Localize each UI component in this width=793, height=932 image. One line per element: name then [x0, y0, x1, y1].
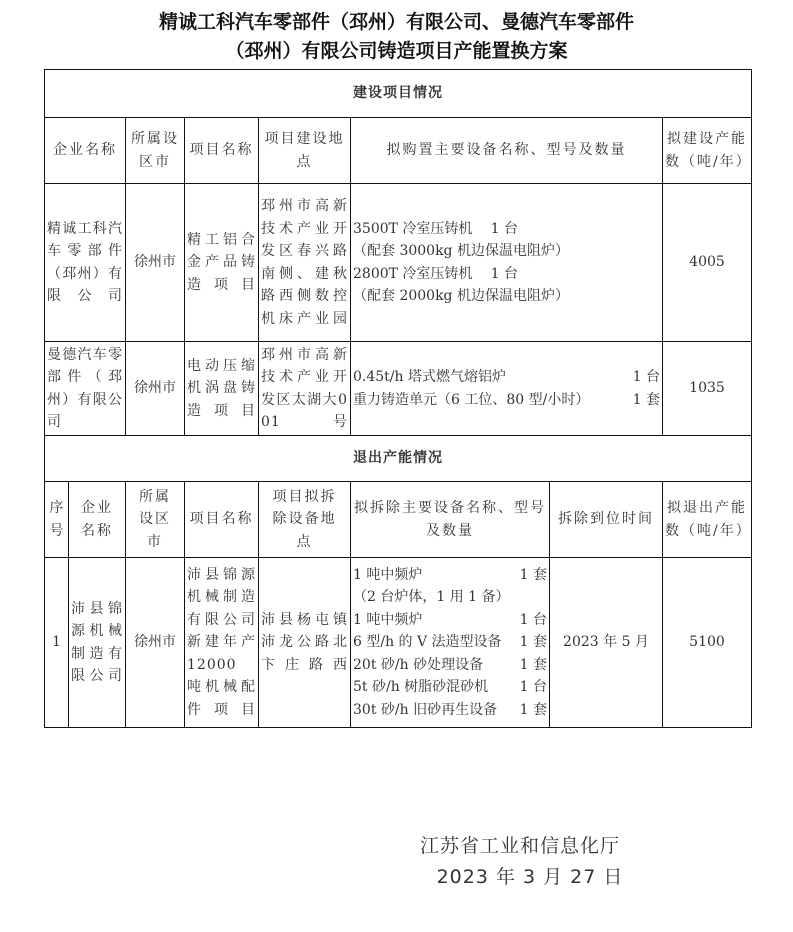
issuer: 江苏省工业和信息化厅 [380, 831, 660, 858]
title-line-2: （邳州）有限公司铸造项目产能置换方案 [0, 37, 793, 66]
city: 徐州市 [126, 558, 185, 728]
header-project: 项目名称 [185, 482, 259, 558]
seq-number: 1 [45, 558, 69, 728]
header-capacity: 拟建设产能数（吨/年） [663, 118, 752, 184]
capacity-value: 1035 [663, 342, 752, 436]
city: 徐州市 [126, 184, 185, 342]
header-seq: 序号 [45, 482, 69, 558]
capacity-replacement-table: 建设项目情况 企业名称 所属设区市 项目名称 项目建设地点 拟购置主要设备名称、… [44, 69, 752, 728]
equipment-item: 0.45t/h 塔式燃气熔铝炉1 台 [353, 366, 660, 389]
removal-time: 2023 年 5 月 [550, 558, 663, 728]
equipment-list: 1 吨中频炉1 套 （2 台炉体，1 用 1 备） 1 吨中频炉1 台 6 型/… [351, 558, 550, 728]
header-company: 企业名称 [69, 482, 126, 558]
company-name: 曼德汽车零部件（邳州）有限公司 [45, 342, 126, 436]
equipment-item: 5t 砂/h 树脂砂混砂机1 台 [353, 676, 547, 699]
table-row: 1 沛县锦源机械制造有限公司 徐州市 沛县锦源机械制造有限公司新建年产12000… [45, 558, 752, 728]
equipment-list: 3500T 冷室压铸机1 台 （配套 3000kg 机边保温电阻炉） 2800T… [351, 184, 663, 342]
header-project: 项目名称 [185, 118, 259, 184]
table-row: 曼德汽车零部件（邳州）有限公司 徐州市 电动压缩机涡盘铸造项目 邳州市高新技术产… [45, 342, 752, 436]
capacity-value: 5100 [663, 558, 752, 728]
project-name: 电动压缩机涡盘铸造项目 [185, 342, 259, 436]
equipment-item: （2 台炉体，1 用 1 备） [353, 586, 547, 609]
equipment-item: 1 吨中频炉1 台 [353, 609, 547, 632]
equipment-item: 重力铸造单元（6 工位、80 型/小时）1 套 [353, 389, 660, 412]
equipment-item: 6 型/h 的 V 法造型设备1 套 [353, 631, 547, 654]
equipment-item: 2800T 冷室压铸机1 台 [353, 263, 598, 286]
equipment-item: 20t 砂/h 砂处理设备1 套 [353, 654, 547, 677]
header-time: 拆除到位时间 [550, 482, 663, 558]
header-location: 项目建设地点 [259, 118, 351, 184]
equipment-item: 3500T 冷室压铸机1 台 [353, 218, 598, 241]
section-title-exit: 退出产能情况 [45, 436, 752, 482]
header-equipment: 拟购置主要设备名称、型号及数量 [351, 118, 663, 184]
title-line-1: 精诚工科汽车零部件（邳州）有限公司、曼德汽车零部件 [0, 8, 793, 37]
location: 沛县杨屯镇沛龙公路北卞庄路西 [259, 558, 351, 728]
equipment-item: 30t 砂/h 旧砂再生设备1 套 [353, 699, 547, 722]
document-title: 精诚工科汽车零部件（邳州）有限公司、曼德汽车零部件 （邳州）有限公司铸造项目产能… [0, 8, 793, 66]
header-city: 所属设区市 [126, 482, 185, 558]
exit-header-row: 序号 企业名称 所属设区市 项目名称 项目拟拆除设备地点 拟拆除主要设备名称、型… [45, 482, 752, 558]
section-title-construction: 建设项目情况 [45, 70, 752, 118]
capacity-value: 4005 [663, 184, 752, 342]
location: 邳州市高新技术产业开发区太湖大001 号 [259, 342, 351, 436]
location: 邳州市高新技术产业开发区春兴路南侧、建秋路西侧数控机床产业园 [259, 184, 351, 342]
construction-header-row: 企业名称 所属设区市 项目名称 项目建设地点 拟购置主要设备名称、型号及数量 拟… [45, 118, 752, 184]
header-location: 项目拟拆除设备地点 [259, 482, 351, 558]
company-name: 沛县锦源机械制造有限公司 [69, 558, 126, 728]
header-equipment: 拟拆除主要设备名称、型号及数量 [351, 482, 550, 558]
header-city: 所属设区市 [126, 118, 185, 184]
issue-date: 2023 年 3 月 27 日 [390, 862, 670, 889]
header-company: 企业名称 [45, 118, 126, 184]
project-name: 精工铝合金产品铸造项目 [185, 184, 259, 342]
header-capacity: 拟退出产能数（吨/年） [663, 482, 752, 558]
company-name: 精诚工科汽车零部件（邳州）有限公司 [45, 184, 126, 342]
city: 徐州市 [126, 342, 185, 436]
equipment-item: （配套 3000kg 机边保温电阻炉） [353, 240, 598, 263]
equipment-item: 1 吨中频炉1 套 [353, 564, 547, 587]
table-row: 精诚工科汽车零部件（邳州）有限公司 徐州市 精工铝合金产品铸造项目 邳州市高新技… [45, 184, 752, 342]
equipment-list: 0.45t/h 塔式燃气熔铝炉1 台 重力铸造单元（6 工位、80 型/小时）1… [351, 342, 663, 436]
equipment-item: （配套 2000kg 机边保温电阻炉） [353, 285, 598, 308]
project-name: 沛县锦源机械制造有限公司新建年产12000 吨机械配件项目 [185, 558, 259, 728]
